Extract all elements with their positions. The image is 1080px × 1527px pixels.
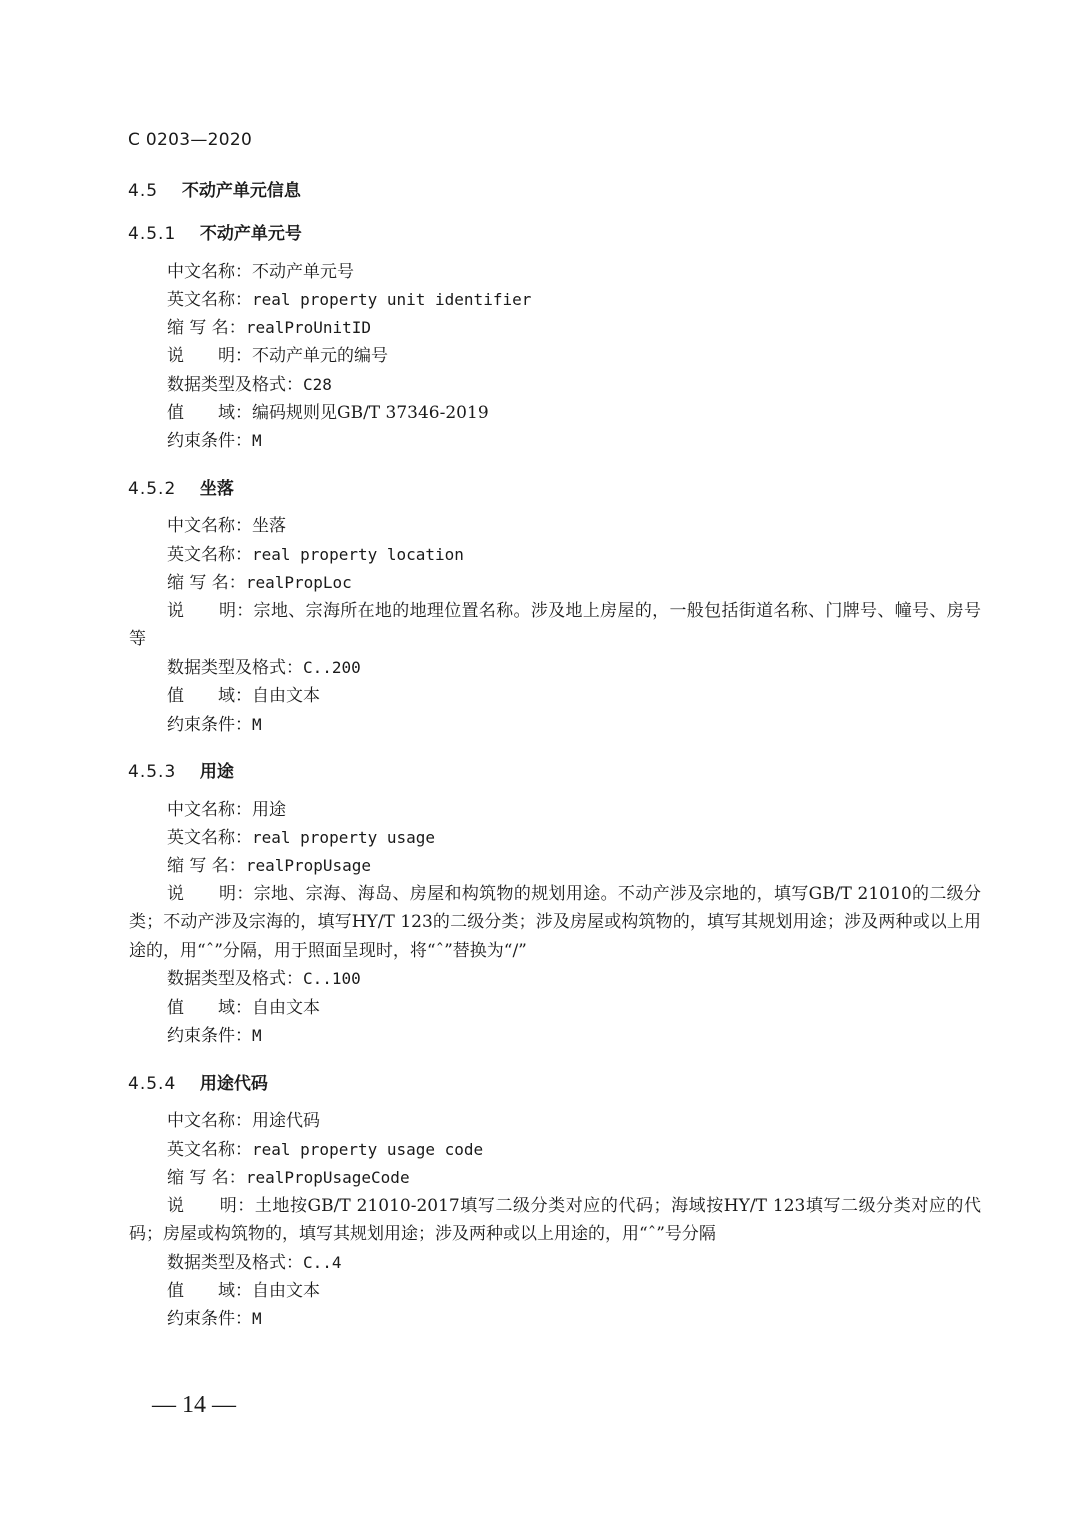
field-en-name: 英文名称：real property usage — [167, 824, 435, 852]
subsection-heading: 4.5.2 坐落 — [128, 474, 234, 499]
field-desc: 说 明：宗地、宗海所在地的地理位置名称。涉及地上房屋的，一般包括街道名称、门牌号… — [129, 597, 981, 654]
field-type: 数据类型及格式：C..200 — [167, 654, 361, 682]
subsection-heading: 4.5.3 用途 — [128, 757, 234, 782]
field-constraint: 约束条件：M — [167, 711, 262, 739]
subsection-heading: 4.5.1 不动产单元号 — [128, 219, 302, 244]
standard-code: C 0203—2020 — [128, 130, 252, 150]
subsection-number: 4.5.3 — [128, 762, 194, 782]
field-abbr: 缩 写 名：realProUnitID — [167, 314, 371, 342]
section-heading: 4.5 不动产单元信息 — [128, 176, 301, 201]
field-en-name: 英文名称：real property unit identifier — [167, 286, 531, 314]
field-cn-name: 中文名称：坐落 — [167, 512, 286, 540]
section-title: 不动产单元信息 — [182, 181, 301, 201]
field-type: 数据类型及格式：C..4 — [167, 1249, 342, 1277]
field-constraint: 约束条件：M — [167, 1022, 262, 1050]
field-domain: 值 域：编码规则见GB/T 37346-2019 — [167, 399, 489, 427]
field-cn-name: 中文名称：不动产单元号 — [167, 258, 354, 286]
subsection-number: 4.5.4 — [128, 1074, 194, 1094]
subsection-number: 4.5.1 — [128, 224, 194, 244]
subsection-title: 坐落 — [200, 479, 234, 499]
field-abbr: 缩 写 名：realPropUsageCode — [167, 1164, 410, 1192]
field-constraint: 约束条件：M — [167, 427, 262, 455]
field-en-name: 英文名称：real property usage code — [167, 1136, 483, 1164]
field-desc: 说 明：不动产单元的编号 — [167, 342, 388, 370]
field-domain: 值 域：自由文本 — [167, 1277, 320, 1305]
field-domain: 值 域：自由文本 — [167, 994, 320, 1022]
field-constraint: 约束条件：M — [167, 1305, 262, 1333]
subsection-heading: 4.5.4 用途代码 — [128, 1069, 268, 1094]
subsection-number: 4.5.2 — [128, 479, 194, 499]
section-number: 4.5 — [128, 181, 176, 201]
field-abbr: 缩 写 名：realPropUsage — [167, 852, 371, 880]
field-cn-name: 中文名称：用途代码 — [167, 1107, 320, 1135]
document-page: C 0203—2020 4.5 不动产单元信息 4.5.1 不动产单元号 中文名… — [0, 0, 1080, 1527]
field-type: 数据类型及格式：C..100 — [167, 965, 361, 993]
field-desc: 说 明：土地按GB/T 21010-2017填写二级分类对应的代码；海域按HY/… — [129, 1192, 981, 1249]
subsection-title: 不动产单元号 — [200, 224, 302, 244]
field-en-name: 英文名称：real property location — [167, 541, 464, 569]
field-desc: 说 明：宗地、宗海、海岛、房屋和构筑物的规划用途。不动产涉及宗地的，填写GB/T… — [129, 880, 981, 965]
page-number: — 14 — — [152, 1392, 236, 1419]
field-type: 数据类型及格式：C28 — [167, 371, 332, 399]
field-cn-name: 中文名称：用途 — [167, 796, 286, 824]
subsection-title: 用途代码 — [200, 1074, 268, 1094]
subsection-title: 用途 — [200, 762, 234, 782]
field-abbr: 缩 写 名：realPropLoc — [167, 569, 352, 597]
field-domain: 值 域：自由文本 — [167, 682, 320, 710]
